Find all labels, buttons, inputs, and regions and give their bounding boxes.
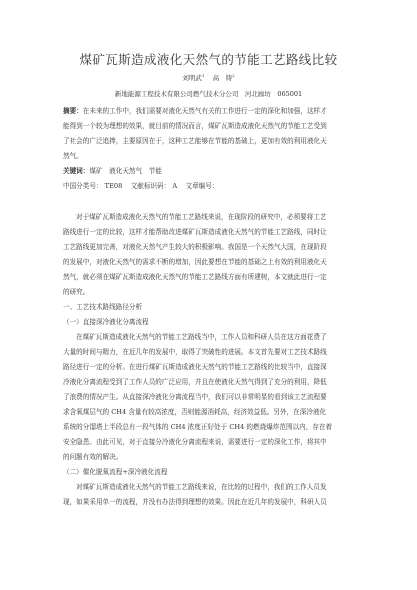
- body-line: 求含氧煤层气的 CH4 含量有较高浓度，否则能源消耗高，经济效益低。另外，在深冷…: [63, 405, 356, 420]
- introduction: 对于煤矿瓦斯造成液化天然气的节能工艺路线来说，在现阶段的研究中，必须要将工艺 路…: [63, 210, 356, 510]
- body-line: 现，如果采用单一的流程，并没有办法得到理想的效果。因此在近几年的发展中，科研人员: [63, 495, 356, 510]
- section1-heading: 一、工艺技术路线路径分析: [63, 300, 356, 315]
- subsection2-heading: （二）催化脱氧流程+深冷液化流程: [63, 465, 356, 480]
- intro-line: 对于煤矿瓦斯造成液化天然气的节能工艺路线来说，在现阶段的研究中，必须要将工艺: [63, 210, 356, 225]
- body-line: 对煤矿瓦斯造成液化天然气的节能工艺路线来说，在比较的过程中，我们的工作人员发: [63, 480, 356, 495]
- author-name: 高 铸: [213, 74, 233, 82]
- intro-line: 的研究。: [63, 285, 356, 300]
- classification-line: 中国分类号： TE08 文献标识码： A 文章编号：: [63, 179, 356, 194]
- body-line: 安全隐患。由此可见，对于直接分冷液化分离流程来说，需要进行一定的深化工作，将其中: [63, 435, 356, 450]
- affiliation: 新地能源工程技术有限公司燃气技术分公司 河北廊坊 065001: [0, 89, 417, 98]
- abstract-label: 摘要：: [63, 107, 83, 115]
- body-line: 大量的时间与精力，在近几年的发展中，取得了突破性的进展。本文首先要对工艺技术路线: [63, 345, 356, 360]
- subsection1-heading: （一）直接深冷液化分离流程: [63, 315, 356, 330]
- classification-label: 中国分类号：: [63, 182, 103, 190]
- keywords-value: 煤矿 液化天然气 节能: [89, 167, 162, 175]
- abstract-line: 在未来的工作中，我们需要对液化天然气有关的工作进行一定的深化和加强，这样才: [83, 107, 327, 115]
- body-line: 的问题有效的解决。: [63, 450, 356, 465]
- author-name: 刘明武: [182, 74, 202, 82]
- intro-line: 然气，就必须在煤矿瓦斯造成液化天然气的节能工艺路线方面有所建树，本文就此进行一定: [63, 270, 356, 285]
- abstract-line: 能得到一个较为理想的效果，就目前的情况而言，煤矿瓦斯造成液化天然气的节能工艺受到: [63, 119, 356, 134]
- body-line: 系统的分馏塔上半段总有一段气体的 CH4 浓度正好处于 CH4 的燃烧爆炸范围以…: [63, 420, 356, 435]
- abstract: 摘要：在未来的工作中，我们需要对液化天然气有关的工作进行一定的深化和加强，这样才…: [63, 104, 356, 194]
- body-line: 在煤矿瓦斯造成液化天然气的节能工艺路线当中，工作人员和科研人员在这方面花费了: [63, 330, 356, 345]
- intro-line: 的发展中，对液化天然气的需求不断的增加，因此要想在节能的基础之上有效的利用液化天: [63, 255, 356, 270]
- body-line: 路径进行一定的分析。在进行煤矿瓦斯造成液化天然气的节能工艺路线的比较当中，直接深: [63, 360, 356, 375]
- intro-line: 工艺路线更加完善，对液化天然气产生较大的积极影响。我国是一个天然气大国，在现阶段: [63, 240, 356, 255]
- author-affil-mark: 1: [202, 73, 205, 78]
- body-line: 了浪费的情况产生。从直接深冷液化分离流程当中，我们可以非常明显的看到该工艺流程要: [63, 390, 356, 405]
- author-affil-mark: 2: [232, 73, 235, 78]
- article-no-label: 文章编号：: [186, 182, 219, 190]
- abstract-line: 然气。: [63, 149, 356, 164]
- document-page: 煤矿瓦斯造成液化天然气的节能工艺路线比较 刘明武1 高 铸2 新地能源工程技术有…: [0, 0, 417, 590]
- body-line: 冷液化分离流程受到了工作人员的广泛应用，并且在使液化天然气得到了充分的利用，降低: [63, 375, 356, 390]
- doc-code-value: A: [172, 182, 177, 190]
- classification-value: TE08: [105, 182, 123, 190]
- abstract-line: 了社会的广泛追捧，主要原因在于，这种工艺能够在节能的基础上，更加有效的利用液化天: [63, 134, 356, 149]
- keywords-label: 关键词：: [63, 167, 89, 175]
- doc-code-label: 文献标识码：: [131, 182, 171, 190]
- paper-title: 煤矿瓦斯造成液化天然气的节能工艺路线比较: [0, 50, 417, 68]
- intro-line: 路线进行一定的比较，这样才能帮助改进煤矿瓦斯造成液化天然气的节能工艺路线，同时让: [63, 225, 356, 240]
- author-line: 刘明武1 高 铸2: [0, 73, 417, 82]
